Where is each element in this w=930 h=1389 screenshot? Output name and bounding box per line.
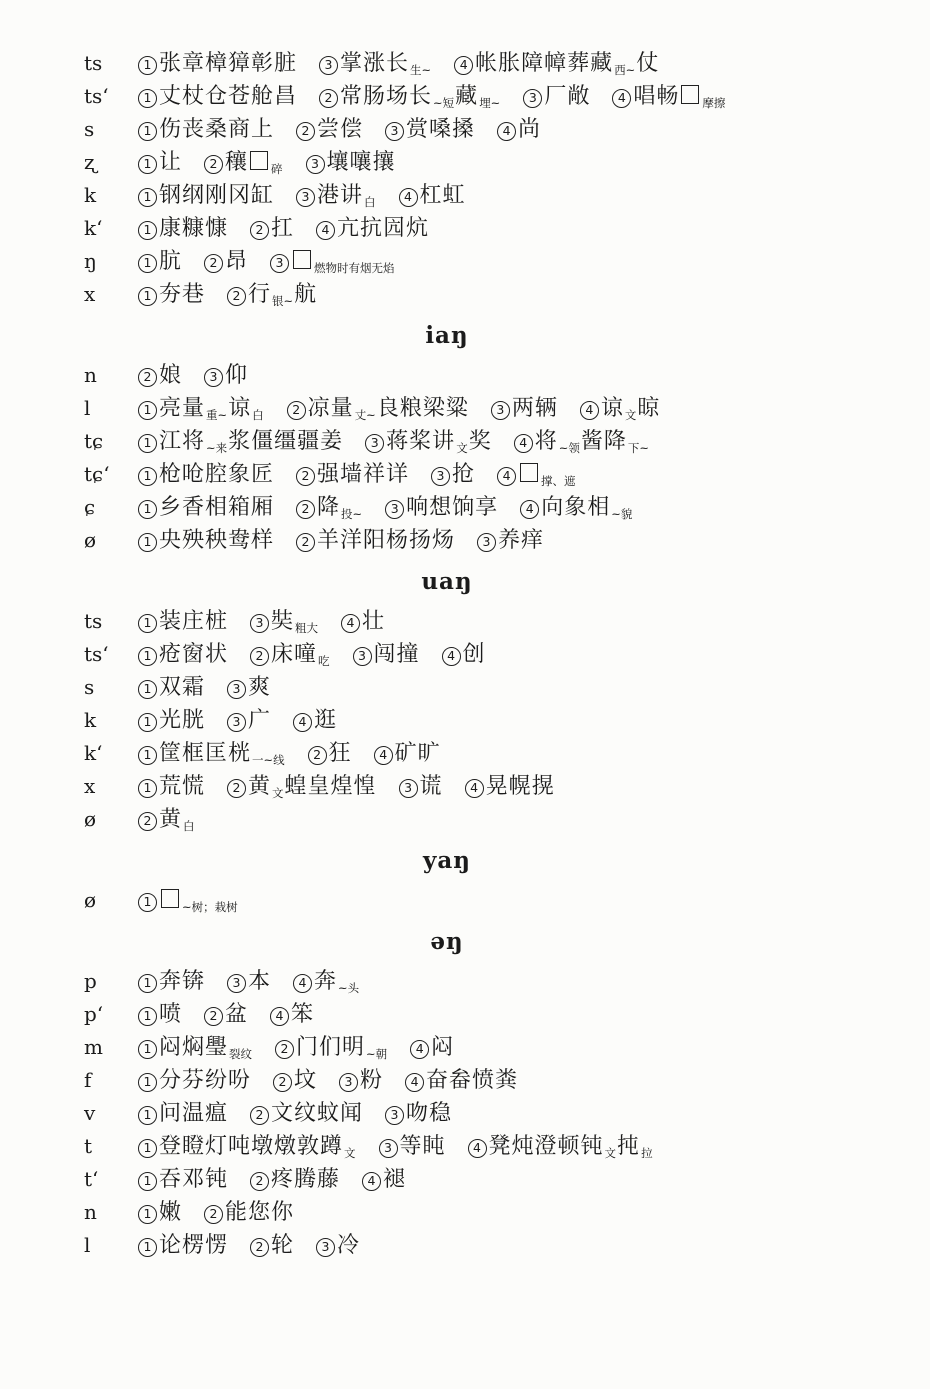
tone-number: 4 <box>468 1139 487 1158</box>
characters-run: 让 <box>159 150 182 175</box>
characters-run: 降 <box>317 495 340 520</box>
rhyme-header: uaŋ <box>84 568 810 595</box>
characters-run: 尝偿 <box>317 117 363 142</box>
entry-row: ʐ1让2穰碎3壤嚷攘 <box>84 151 810 174</box>
gloss-subscript: ~貌 <box>611 509 632 521</box>
entry-row: p1奔锛3本4奔~头 <box>84 970 810 993</box>
initial-label: kʻ <box>84 742 138 765</box>
tone-group: 1亮量重~谅白 <box>138 396 265 421</box>
characters-run: 登瞪灯吨墩燉敦蹲 <box>159 1134 343 1159</box>
characters-run: 闯撞 <box>374 642 420 667</box>
tone-group: 3燃物时有烟无焰 <box>270 249 396 274</box>
characters-run: 能您你 <box>225 1200 294 1225</box>
tone-number: 1 <box>138 401 157 420</box>
tone-group: 2昂 <box>204 249 248 274</box>
entry-row: n1嫩2能您你 <box>84 1201 810 1224</box>
entry-groups: 1吞邓钝2疼腾藤4褪 <box>138 1168 810 1191</box>
gloss-subscript: ~头 <box>338 983 359 995</box>
characters-run: 谅 <box>601 396 624 421</box>
characters-run: 筐框匡桄 <box>159 741 251 766</box>
tone-group: 1装庄桩 <box>138 609 228 634</box>
initial-label: ø <box>84 808 138 831</box>
characters-run: 酱降 <box>581 429 627 454</box>
tone-group: 1康糠慷 <box>138 216 228 241</box>
tone-number: 3 <box>319 56 338 75</box>
tone-number: 1 <box>138 1040 157 1059</box>
tone-group: 4尚 <box>497 117 541 142</box>
tone-number: 1 <box>138 467 157 486</box>
gloss-subscript: 碎 <box>271 164 283 176</box>
tone-group: 3两辆 <box>491 396 558 421</box>
characters-run: 坟 <box>294 1068 317 1093</box>
tone-number: 1 <box>138 56 157 75</box>
characters-run: 夯巷 <box>159 282 205 307</box>
characters-run: 矿旷 <box>395 741 441 766</box>
tone-number: 2 <box>204 1007 223 1026</box>
tone-number: 1 <box>138 188 157 207</box>
tone-group: 2轮 <box>250 1233 294 1258</box>
tone-number: 1 <box>138 1106 157 1125</box>
gloss-subscript: 西~ <box>614 65 635 77</box>
tone-number: 1 <box>138 122 157 141</box>
missing-char-box <box>250 151 268 170</box>
characters-run: 亮量 <box>159 396 205 421</box>
entry-row: x1夯巷2行银~航 <box>84 283 810 306</box>
tone-number: 1 <box>138 1238 157 1257</box>
characters-run: 枪呛腔象匠 <box>159 462 274 487</box>
characters-run: 赏嗓搡 <box>406 117 475 142</box>
tone-number: 3 <box>227 713 246 732</box>
tone-number: 1 <box>138 155 157 174</box>
tone-group: 2羊洋阳杨扬炀 <box>296 528 455 553</box>
tone-number: 2 <box>250 221 269 240</box>
initial-label: tɕʻ <box>84 463 138 486</box>
tone-number: 2 <box>250 1172 269 1191</box>
characters-run: 晃幌㨪 <box>486 774 555 799</box>
initial-label: tʻ <box>84 1168 138 1191</box>
characters-run: 伤丧桑商上 <box>159 117 274 142</box>
characters-run: 钢纲刚冈缸 <box>159 183 274 208</box>
tone-group: 1乡香相箱厢 <box>138 495 274 520</box>
tone-number: 1 <box>138 434 157 453</box>
entry-groups: 1让2穰碎3壤嚷攘 <box>138 151 810 174</box>
entry-groups: 1枪呛腔象匠2强墙祥详3抢4撑、遮 <box>138 463 810 486</box>
tone-group: 3厂敞 <box>523 84 590 109</box>
gloss-subscript: ~领 <box>559 443 580 455</box>
tone-number: 3 <box>227 680 246 699</box>
gloss-subscript: 重~ <box>206 410 227 422</box>
tone-number: 3 <box>250 614 269 633</box>
tone-number: 3 <box>353 647 372 666</box>
characters-run: 奖 <box>469 429 492 454</box>
tone-number: 4 <box>514 434 533 453</box>
characters-run: 广 <box>248 708 271 733</box>
tone-group: 4创 <box>442 642 486 667</box>
tone-number: 2 <box>296 500 315 519</box>
initial-label: ts <box>84 610 138 633</box>
characters-run: 响想饷享 <box>406 495 498 520</box>
entry-row: ø1央殃秧鸯样2羊洋阳杨扬炀3养痒 <box>84 529 810 552</box>
characters-run: 浆僵缰疆姜 <box>228 429 343 454</box>
characters-run: 肮 <box>159 249 182 274</box>
tone-group: 2文纹蚊闻 <box>250 1101 363 1126</box>
characters-run: 乡香相箱厢 <box>159 495 274 520</box>
gloss-subscript: 文 <box>625 410 637 422</box>
tone-number: 1 <box>138 287 157 306</box>
characters-run: 凉量 <box>308 396 354 421</box>
initial-label: ŋ <box>84 250 138 273</box>
tone-number: 1 <box>138 746 157 765</box>
entry-groups: 1光胱3广4逛 <box>138 709 810 732</box>
tone-number: 2 <box>204 1205 223 1224</box>
tone-number: 3 <box>270 254 289 273</box>
entry-groups: 1筐框匡桄一~线2狂4矿旷 <box>138 742 810 765</box>
characters-run: 穰 <box>225 150 248 175</box>
characters-run: 掌涨长 <box>340 51 409 76</box>
characters-run: 装庄桩 <box>159 609 228 634</box>
tone-number: 2 <box>275 1040 294 1059</box>
characters-run: 抢 <box>452 462 475 487</box>
characters-run: 蒋桨讲 <box>386 429 455 454</box>
gloss-subscript: 投~ <box>341 509 362 521</box>
entry-row: k1钢纲刚冈缸3港讲白4杠虹 <box>84 184 810 207</box>
characters-run: 港讲 <box>317 183 363 208</box>
tone-number: 1 <box>138 647 157 666</box>
tone-group: 4杠虹 <box>399 183 466 208</box>
tone-group: 1筐框匡桄一~线 <box>138 741 286 766</box>
characters-run: 粉 <box>360 1068 383 1093</box>
tone-number: 3 <box>399 779 418 798</box>
tone-number: 1 <box>138 89 157 108</box>
tone-group: 3谎 <box>399 774 443 799</box>
characters-run: 冷 <box>337 1233 360 1258</box>
gloss-subscript: 白 <box>364 197 376 209</box>
gloss-subscript: 一~线 <box>252 755 285 767</box>
tone-group: 3蒋桨讲文奖 <box>365 429 492 454</box>
tone-group: 1论楞愣 <box>138 1233 228 1258</box>
tone-number: 2 <box>308 746 327 765</box>
tone-group: 3本 <box>227 969 271 994</box>
characters-run: 论楞愣 <box>159 1233 228 1258</box>
entry-groups: 1丈杖仓苍舱昌2常肠场长~短藏埋~3厂敞4唱畅摩擦 <box>138 85 810 108</box>
characters-run: 良粮梁粱 <box>377 396 469 421</box>
initial-label: tsʻ <box>84 85 138 108</box>
gloss-subscript: 银~ <box>272 296 293 308</box>
gloss-subscript: 埋~ <box>479 98 500 110</box>
characters-run: 荒慌 <box>159 774 205 799</box>
characters-run: 闷 <box>431 1035 454 1060</box>
entry-row: tsʻ1疮窗状2床噇吃3闯撞4创 <box>84 643 810 666</box>
tone-group: 4谅文晾 <box>580 396 661 421</box>
gloss-subscript: ~朝 <box>366 1049 387 1061</box>
tone-group: 2行银~航 <box>227 282 317 307</box>
characters-run: 晾 <box>637 396 660 421</box>
tone-number: 4 <box>399 188 418 207</box>
entry-groups: 1肮2昂3燃物时有烟无焰 <box>138 250 810 273</box>
tone-number: 1 <box>138 1007 157 1026</box>
characters-run: 亢抗囥炕 <box>337 216 429 241</box>
tone-group: 2扛 <box>250 216 294 241</box>
tone-group: 4奋畚愤粪 <box>405 1068 518 1093</box>
gloss-subscript: ~短 <box>433 98 454 110</box>
entry-groups: 2黄白 <box>138 808 810 831</box>
rhyme-header: əŋ <box>84 928 810 955</box>
tone-group: 4撑、遮 <box>497 462 577 487</box>
tone-number: 4 <box>497 122 516 141</box>
characters-run: 张章樟獐彰脏 <box>159 51 297 76</box>
tone-number: 3 <box>385 500 404 519</box>
characters-run: 等盹 <box>400 1134 446 1159</box>
characters-run: 爽 <box>248 675 271 700</box>
tone-number: 1 <box>138 680 157 699</box>
characters-run: 帐胀障幛葬藏 <box>475 51 613 76</box>
tone-number: 1 <box>138 779 157 798</box>
tone-group: 1肮 <box>138 249 182 274</box>
initial-label: ʐ <box>84 151 138 174</box>
tone-group: 4褪 <box>362 1167 406 1192</box>
characters-run: 仗 <box>636 51 659 76</box>
characters-run: 羊洋阳杨扬炀 <box>317 528 455 553</box>
initial-label: m <box>84 1036 138 1059</box>
tone-group: 2狂 <box>308 741 352 766</box>
tone-group: 1双霜 <box>138 675 205 700</box>
tone-group: 2门们明~朝 <box>275 1035 388 1060</box>
entry-row: n2娘3仰 <box>84 364 810 387</box>
initial-label: n <box>84 364 138 387</box>
characters-run: 藏 <box>455 84 478 109</box>
tone-group: 1问温瘟 <box>138 1101 228 1126</box>
entry-row: s1伤丧桑商上2尝偿3赏嗓搡4尚 <box>84 118 810 141</box>
missing-char-box <box>293 250 311 269</box>
initial-label: tsʻ <box>84 643 138 666</box>
tone-group: 1疮窗状 <box>138 642 228 667</box>
tone-number: 3 <box>296 188 315 207</box>
tone-number: 2 <box>296 122 315 141</box>
gloss-subscript: 生~ <box>410 65 431 77</box>
tone-number: 1 <box>138 221 157 240</box>
tone-group: 4矿旷 <box>374 741 441 766</box>
tone-group: 4壮 <box>341 609 385 634</box>
entry-groups: 1双霜3爽 <box>138 676 810 699</box>
entry-groups: 1~树；栽树 <box>138 889 810 912</box>
gloss-subscript: ~来 <box>206 443 227 455</box>
tone-number: 3 <box>431 467 450 486</box>
tone-group: 3闯撞 <box>353 642 420 667</box>
tone-group: 2坟 <box>273 1068 317 1093</box>
tone-number: 4 <box>520 500 539 519</box>
tone-group: 1光胱 <box>138 708 205 733</box>
tone-group: 2疼腾藤 <box>250 1167 340 1192</box>
entry-groups: 1江将~来浆僵缰疆姜3蒋桨讲文奖4将~领酱降下~ <box>138 430 810 453</box>
characters-run: 黄 <box>159 807 182 832</box>
tone-group: 1~树；栽树 <box>138 888 239 913</box>
gloss-subscript: 吃 <box>318 656 330 668</box>
tone-group: 2强墙祥详 <box>296 462 409 487</box>
tone-group: 1央殃秧鸯样 <box>138 528 274 553</box>
characters-run: 奔 <box>314 969 337 994</box>
tone-group: 4唱畅摩擦 <box>612 84 726 109</box>
tone-group: 2黄白 <box>138 807 196 832</box>
tone-number: 1 <box>138 500 157 519</box>
entry-groups: 1装庄桩3奘粗大4壮 <box>138 610 810 633</box>
entry-groups: 1奔锛3本4奔~头 <box>138 970 810 993</box>
gloss-subscript: 白 <box>252 410 264 422</box>
initial-label: kʻ <box>84 217 138 240</box>
missing-char-box <box>161 889 179 908</box>
dictionary-page: ts1张章樟獐彰脏3掌涨长生~4帐胀障幛葬藏西~仗tsʻ1丈杖仓苍舱昌2常肠场长… <box>0 0 930 1389</box>
characters-run: 壮 <box>362 609 385 634</box>
characters-run: 疼腾藤 <box>271 1167 340 1192</box>
tone-group: 4帐胀障幛葬藏西~仗 <box>454 51 659 76</box>
entry-groups: 1登瞪灯吨墩燉敦蹲文3等盹4凳炖澄顿钝文扽拉 <box>138 1135 810 1158</box>
characters-run: 文纹蚊闻 <box>271 1101 363 1126</box>
initial-label: v <box>84 1102 138 1125</box>
tone-number: 2 <box>250 647 269 666</box>
tone-group: 1嫩 <box>138 1200 182 1225</box>
characters-run: 江将 <box>159 429 205 454</box>
characters-run: 逛 <box>314 708 337 733</box>
entry-row: l1论楞愣2轮3冷 <box>84 1234 810 1257</box>
tone-number: 4 <box>341 614 360 633</box>
tone-group: 2常肠场长~短藏埋~ <box>319 84 501 109</box>
characters-run: 狂 <box>329 741 352 766</box>
entry-row: ø1~树；栽树 <box>84 889 810 912</box>
characters-run: 分芬纷吩 <box>159 1068 251 1093</box>
entry-row: s1双霜3爽 <box>84 676 810 699</box>
tone-number: 2 <box>227 779 246 798</box>
tone-group: 3等盹 <box>379 1134 446 1159</box>
entry-groups: 1疮窗状2床噇吃3闯撞4创 <box>138 643 810 666</box>
entry-row: v1问温瘟2文纹蚊闻3吻稳 <box>84 1102 810 1125</box>
tone-number: 3 <box>379 1139 398 1158</box>
tone-group: 1闷焖璺裂纹 <box>138 1035 253 1060</box>
tone-number: 1 <box>138 974 157 993</box>
characters-run: 轮 <box>271 1233 294 1258</box>
tone-group: 3掌涨长生~ <box>319 51 432 76</box>
entry-groups: 1问温瘟2文纹蚊闻3吻稳 <box>138 1102 810 1125</box>
tone-group: 3粉 <box>339 1068 383 1093</box>
tone-group: 4向象相~貌 <box>520 495 633 520</box>
tone-group: 4将~领酱降下~ <box>514 429 650 454</box>
tone-group: 4奔~头 <box>293 969 360 994</box>
tone-number: 2 <box>138 812 157 831</box>
tone-group: 4笨 <box>270 1002 314 1027</box>
tone-number: 3 <box>523 89 542 108</box>
characters-run: 唱畅 <box>633 84 679 109</box>
tone-group: 3抢 <box>431 462 475 487</box>
tone-number: 1 <box>138 893 157 912</box>
tone-number: 1 <box>138 1073 157 1092</box>
rhyme-header: yaŋ <box>84 847 810 874</box>
characters-run: 昂 <box>225 249 248 274</box>
gloss-subscript: 文 <box>456 443 468 455</box>
characters-run: 壤嚷攘 <box>327 150 396 175</box>
characters-run: 黄 <box>248 774 271 799</box>
tone-group: 1荒慌 <box>138 774 205 799</box>
tone-number: 1 <box>138 254 157 273</box>
initial-label: l <box>84 1234 138 1257</box>
tone-number: 1 <box>138 1172 157 1191</box>
missing-char-box <box>681 85 699 104</box>
characters-run: 闷焖璺 <box>159 1035 228 1060</box>
gloss-subscript: 拉 <box>641 1148 653 1160</box>
entry-row: kʻ1筐框匡桄一~线2狂4矿旷 <box>84 742 810 765</box>
tone-number: 4 <box>442 647 461 666</box>
characters-run: 航 <box>294 282 317 307</box>
tone-number: 4 <box>293 974 312 993</box>
tone-number: 3 <box>385 122 404 141</box>
gloss-subscript: 下~ <box>628 443 649 455</box>
tone-group: 3吻稳 <box>385 1101 452 1126</box>
tone-number: 3 <box>385 1106 404 1125</box>
tone-group: 4闷 <box>410 1035 454 1060</box>
characters-run: 喷 <box>159 1002 182 1027</box>
entry-groups: 1分芬纷吩2坟3粉4奋畚愤粪 <box>138 1069 810 1092</box>
tone-number: 3 <box>365 434 384 453</box>
tone-number: 4 <box>612 89 631 108</box>
characters-run: 奋畚愤粪 <box>426 1068 518 1093</box>
characters-run: 褪 <box>383 1167 406 1192</box>
entry-row: ŋ1肮2昂3燃物时有烟无焰 <box>84 250 810 273</box>
tone-group: 4凳炖澄顿钝文扽拉 <box>468 1134 654 1159</box>
characters-run: 将 <box>535 429 558 454</box>
tone-number: 1 <box>138 713 157 732</box>
characters-run: 厂敞 <box>544 84 590 109</box>
characters-run: 谅 <box>228 396 251 421</box>
tone-number: 2 <box>296 467 315 486</box>
tone-number: 2 <box>250 1106 269 1125</box>
characters-run: 尚 <box>518 117 541 142</box>
tone-number: 4 <box>410 1040 429 1059</box>
entry-groups: 1亮量重~谅白2凉量丈~良粮梁粱3两辆4谅文晾 <box>138 397 810 420</box>
characters-run: 吻稳 <box>406 1101 452 1126</box>
tone-number: 2 <box>138 368 157 387</box>
characters-run: 强墙祥详 <box>317 462 409 487</box>
tone-group: 1喷 <box>138 1002 182 1027</box>
gloss-subscript: 文 <box>605 1148 617 1160</box>
tone-group: 4晃幌㨪 <box>465 774 555 799</box>
tone-group: 1张章樟獐彰脏 <box>138 51 297 76</box>
tone-number: 2 <box>227 287 246 306</box>
entry-row: k1光胱3广4逛 <box>84 709 810 732</box>
tone-group: 3仰 <box>204 363 248 388</box>
tone-number: 2 <box>204 254 223 273</box>
initial-label: k <box>84 184 138 207</box>
initial-label: f <box>84 1069 138 1092</box>
initial-label: ts <box>84 52 138 75</box>
gloss-subscript: 丈~ <box>355 410 376 422</box>
initial-label: p <box>84 970 138 993</box>
tone-group: 2尝偿 <box>296 117 363 142</box>
characters-run: 两辆 <box>512 396 558 421</box>
entry-row: tɕʻ1枪呛腔象匠2强墙祥详3抢4撑、遮 <box>84 463 810 486</box>
tone-number: 4 <box>270 1007 289 1026</box>
tone-group: 2娘 <box>138 363 182 388</box>
tone-number: 2 <box>296 533 315 552</box>
initial-label: ɕ <box>84 496 138 519</box>
characters-run: 常肠场长 <box>340 84 432 109</box>
tone-number: 1 <box>138 1205 157 1224</box>
entry-row: tʻ1吞邓钝2疼腾藤4褪 <box>84 1168 810 1191</box>
characters-run: 疮窗状 <box>159 642 228 667</box>
entry-row: t1登瞪灯吨墩燉敦蹲文3等盹4凳炖澄顿钝文扽拉 <box>84 1135 810 1158</box>
characters-run: 创 <box>463 642 486 667</box>
characters-run: 奔锛 <box>159 969 205 994</box>
entry-groups: 1闷焖璺裂纹2门们明~朝4闷 <box>138 1036 810 1059</box>
tone-number: 4 <box>497 467 516 486</box>
tone-group: 3赏嗓搡 <box>385 117 475 142</box>
missing-char-box <box>520 463 538 482</box>
